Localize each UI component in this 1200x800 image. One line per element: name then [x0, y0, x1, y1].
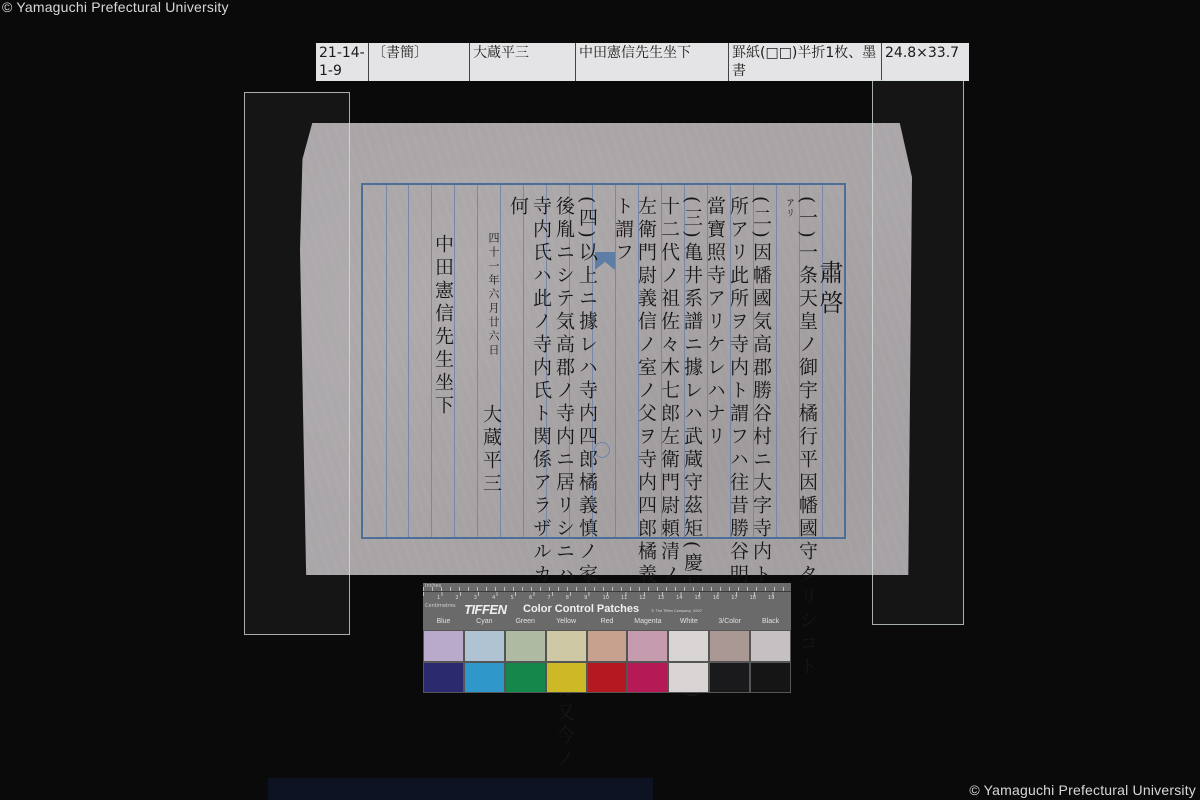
- cm-tick: 10: [603, 595, 621, 601]
- patch-label-white: White: [668, 618, 709, 625]
- patch-label-green: Green: [505, 618, 546, 625]
- patch-label-magenta: Magenta: [627, 618, 668, 625]
- color-patch-red-dark: [587, 662, 628, 694]
- cm-tick: 14: [676, 595, 694, 601]
- cm-tick: 15: [694, 595, 712, 601]
- catalog-cell-id: 21-14-1-9: [316, 43, 369, 81]
- cm-tick: 4: [492, 595, 510, 601]
- cm-tick: 17: [731, 595, 749, 601]
- cm-tick: 13: [658, 595, 676, 601]
- chart-title: Color Control Patches: [523, 603, 639, 615]
- acrylic-weight-right: [872, 80, 964, 625]
- tiffen-logo: TIFFEN: [464, 602, 507, 617]
- copyright-watermark-bottom: © Yamaguchi Prefectural University: [969, 782, 1196, 798]
- cm-tick: 2: [455, 595, 473, 601]
- letter-column: 當寶照寺アリケレハナリ: [704, 196, 726, 449]
- color-patch-yellow-dark: [546, 662, 587, 694]
- cm-tick: 9: [584, 595, 602, 601]
- chart-copyright: © The Tiffen Company, 2007: [651, 609, 702, 613]
- color-patch-3-color-light: [709, 630, 750, 662]
- letter-column: (一)一条天皇ノ御宇橘行平因幡國守タリシコト: [796, 196, 818, 679]
- cm-tick: 1: [437, 595, 455, 601]
- color-patch-magenta-light: [627, 630, 668, 662]
- patch-label-red: Red: [587, 618, 628, 625]
- cm-tick: 12: [639, 595, 657, 601]
- patch-label-yellow: Yellow: [546, 618, 587, 625]
- letter-column: (二)因幡國気高郡勝谷村ニ大字寺内ト謂フ: [750, 196, 772, 633]
- cm-tick: 8: [566, 595, 584, 601]
- letter-column: 中田憲信先生坐下: [432, 234, 454, 418]
- color-patch-yellow-light: [546, 630, 587, 662]
- color-patch-blue-light: [423, 630, 464, 662]
- cm-tick: 18: [750, 595, 768, 601]
- cm-tick: 19: [768, 595, 786, 601]
- ruled-line: [776, 185, 777, 537]
- copyright-watermark-top: © Yamaguchi Prefectural University: [2, 0, 229, 15]
- catalog-label: 21-14-1-9〔書簡〕大蔵平三中田憲信先生坐下罫紙(□□)半折1枚、墨書24…: [316, 43, 969, 81]
- color-patch-green-light: [505, 630, 546, 662]
- cm-tick: 7: [547, 595, 565, 601]
- catalog-cell-sender: 大蔵平三: [470, 43, 576, 81]
- cm-tick: 5: [511, 595, 529, 601]
- centimetres-label: Centimetres: [425, 603, 456, 609]
- letter-column: 何: [507, 196, 529, 219]
- inch-ruler: [423, 583, 791, 592]
- color-patch-red-light: [587, 630, 628, 662]
- letter-column: 左衛門尉義信ノ室ノ父ヲ寺内四郎橘義慎: [635, 196, 657, 610]
- catalog-cell-dimensions: 24.8×33.7: [882, 43, 969, 81]
- catalog-cell-type: 〔書簡〕: [369, 43, 470, 81]
- cm-tick: 3: [474, 595, 492, 601]
- letter-column: 四十一年六月廿六日: [482, 232, 504, 358]
- cm-tick: 11: [621, 595, 639, 601]
- cm-tick: 16: [713, 595, 731, 601]
- color-patch-green-dark: [505, 662, 546, 694]
- color-patch-black-light: [750, 630, 791, 662]
- patch-label-blue: Blue: [423, 618, 464, 625]
- color-patch-white-light: [668, 630, 709, 662]
- color-patch-cyan-dark: [464, 662, 505, 694]
- ruled-line: [523, 185, 524, 537]
- catalog-cell-recipient: 中田憲信先生坐下: [576, 43, 729, 81]
- patch-label-3-color: 3/Color: [709, 618, 750, 625]
- color-patch-magenta-dark: [627, 662, 668, 694]
- letter-column: アリ: [784, 198, 794, 218]
- letter-column: 肅啓: [818, 260, 840, 320]
- cm-tick: 6: [529, 595, 547, 601]
- color-control-chart: Inches 12345678910111213141516171819 Cen…: [423, 583, 791, 693]
- acrylic-weight-left: [244, 92, 350, 635]
- color-patch-white-dark: [668, 662, 709, 694]
- ruled-line: [386, 185, 387, 537]
- ruled-line: [454, 185, 455, 537]
- color-patches: [423, 630, 791, 693]
- cm-tick-labels: 12345678910111213141516171819: [437, 595, 786, 601]
- color-patch-3-color-dark: [709, 662, 750, 694]
- letter-column: ト謂フ: [612, 196, 634, 265]
- patch-label-cyan: Cyan: [464, 618, 505, 625]
- ruled-line: [408, 185, 409, 537]
- letter-column: 大蔵平三: [480, 404, 502, 496]
- color-patch-black-dark: [750, 662, 791, 694]
- patch-label-black: Black: [750, 618, 791, 625]
- color-patch-cyan-light: [464, 630, 505, 662]
- ruled-line: [477, 185, 478, 537]
- inches-label: Inches: [425, 583, 441, 589]
- ruled-line: [822, 185, 823, 537]
- patch-labels: BlueCyanGreenYellowRedMagentaWhite3/Colo…: [423, 618, 791, 625]
- color-patch-blue-dark: [423, 662, 464, 694]
- bottom-band: [268, 778, 653, 800]
- catalog-cell-material: 罫紙(□□)半折1枚、墨書: [729, 43, 882, 81]
